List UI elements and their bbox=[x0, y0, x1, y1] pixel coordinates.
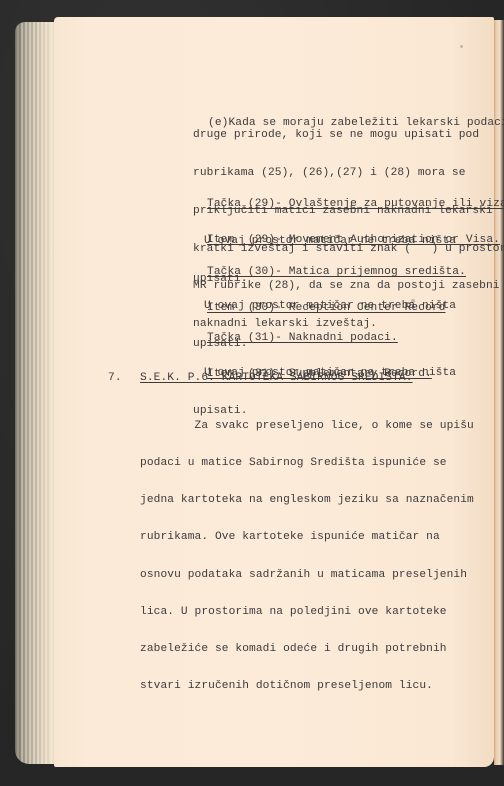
page-content: (e)Kada se moraju zabeležiti lekarski po… bbox=[0, 0, 504, 786]
section-7-body: Za svakc preseljeno lice, o kome se upiš… bbox=[140, 395, 474, 718]
section-7-heading: S.E.K. P.6. KARTOTEKA SABIRNOG SREDIŠTA. bbox=[140, 372, 413, 385]
text-line: jedna kartoteka na engleskom jeziku sa n… bbox=[140, 494, 474, 506]
text-line: osnovu podataka sadržanih u maticama pre… bbox=[140, 569, 474, 581]
text-line: zabeležiće se komadi odeće i drugih potr… bbox=[140, 643, 474, 655]
text-line: stvari izručenih dotičnom preseljenom li… bbox=[140, 680, 474, 692]
section-7-number: 7. bbox=[108, 372, 122, 385]
text-line: lica. U prostorima na poledjini ove kart… bbox=[140, 606, 474, 618]
text-line: podaci u matice Sabirnog Središta ispuni… bbox=[140, 457, 474, 469]
paper-speck bbox=[460, 45, 463, 48]
text-line: druge prirode, koji se ne mogu upisati p… bbox=[193, 129, 504, 142]
item-29-serbian: Tačka (29)- Ovlaštenje za putovanje ili … bbox=[207, 198, 504, 210]
text-line: rubrikama. Ove kartoteke ispuniće matiča… bbox=[140, 531, 474, 543]
text-line: Za svakc preseljeno lice, o kome se upiš… bbox=[140, 420, 474, 432]
